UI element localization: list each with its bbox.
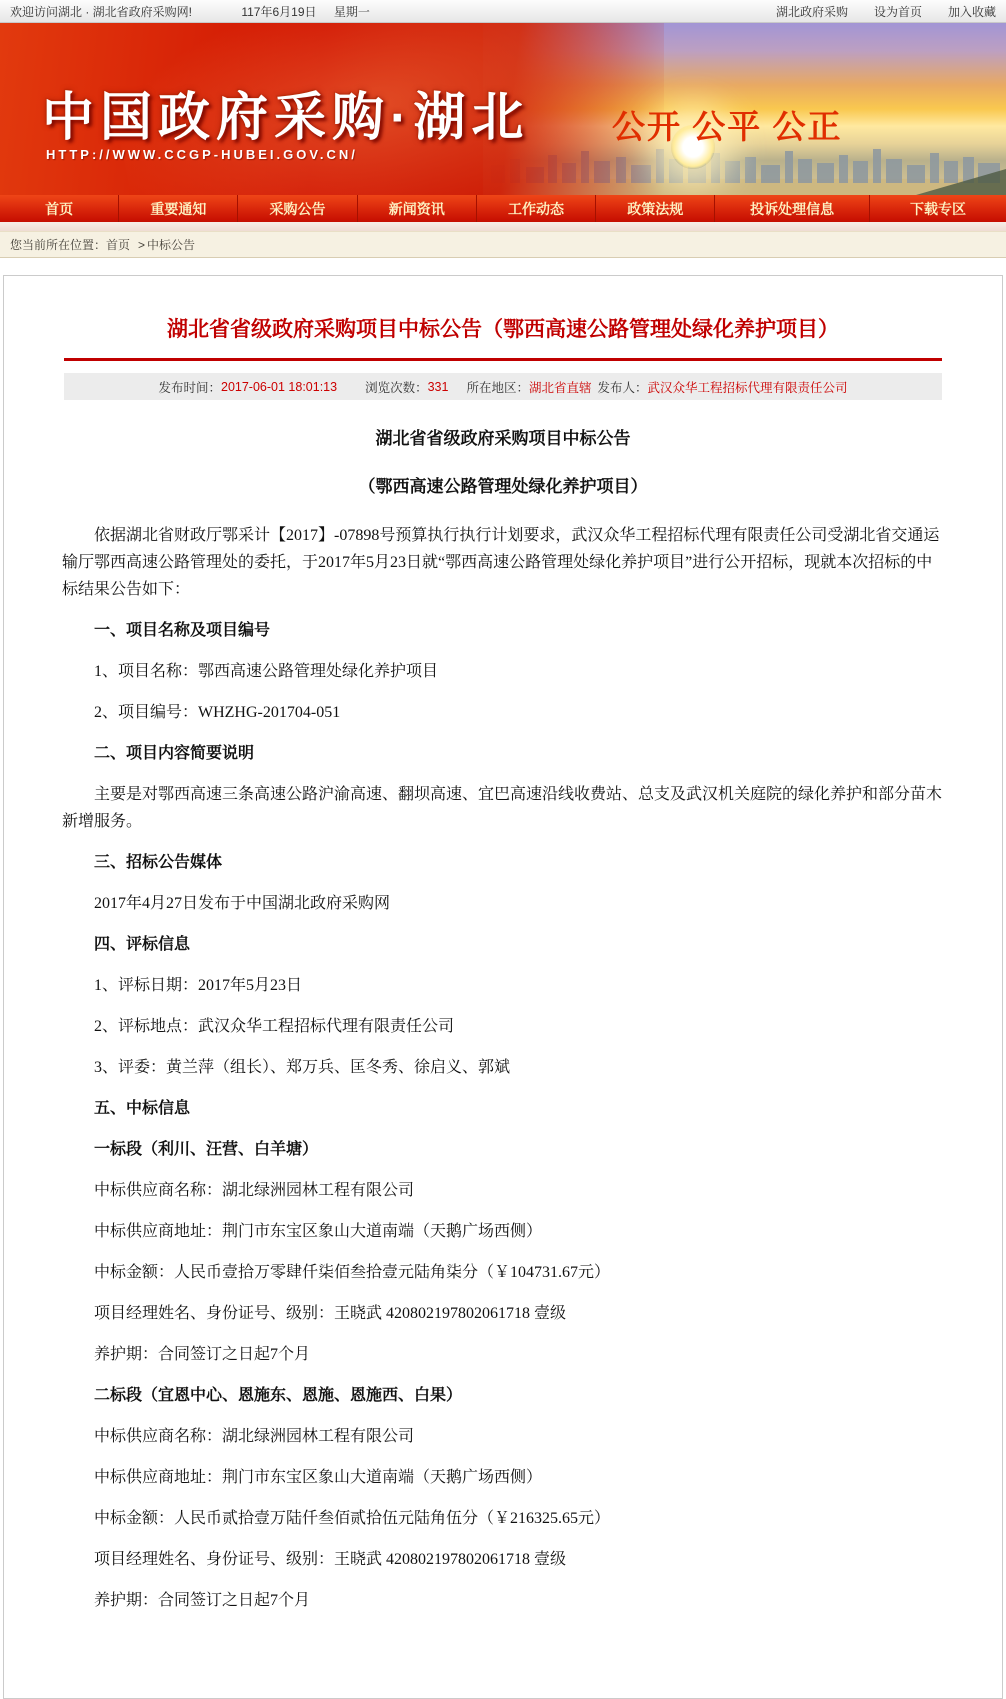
paragraph: 中标供应商地址：荆门市东宝区象山大道南端（天鹅广场西侧） xyxy=(62,1464,944,1491)
site-banner: 公开 公平 公正 中国政府采购·湖北 HTTP://WWW.CCGP-HUBEI… xyxy=(0,23,1006,195)
paragraph: 二标段（宜恩中心、恩施东、恩施、恩施西、白果） xyxy=(62,1382,944,1409)
publish-time-value: 2017-06-01 18:01:13 xyxy=(221,380,337,394)
article-meta-bar: 发布时间： 2017-06-01 18:01:13 浏览次数： 331 所在地区… xyxy=(64,373,942,400)
paragraph: （鄂西高速公路管理处绿化养护项目） xyxy=(62,474,944,500)
nav-item-5[interactable]: 工作动态 xyxy=(477,195,596,222)
topbar-left: 欢迎访问湖北 · 湖北省政府采购网! 117年6月19日 星期一 xyxy=(10,3,384,20)
nav-item-4[interactable]: 新闻资讯 xyxy=(358,195,477,222)
breadcrumb-home-link[interactable]: 首页 xyxy=(106,236,130,253)
nav-item-1[interactable]: 首页 xyxy=(0,195,119,222)
topbar: 欢迎访问湖北 · 湖北省政府采购网! 117年6月19日 星期一 湖北政府采购设… xyxy=(0,0,1006,23)
breadcrumb: 您当前所在位置： 首页 > 中标公告 xyxy=(0,231,1006,258)
paragraph: 中标供应商名称：湖北绿洲园林工程有限公司 xyxy=(62,1423,944,1450)
title-divider xyxy=(64,358,942,361)
welcome-text: 欢迎访问湖北 · 湖北省政府采购网! xyxy=(10,5,192,19)
site-logo-url: HTTP://WWW.CCGP-HUBEI.GOV.CN/ xyxy=(46,147,358,162)
breadcrumb-label: 您当前所在位置： xyxy=(10,236,106,253)
paragraph: 中标金额：人民币壹拾万零肆仟柒佰叁拾壹元陆角柒分（￥104731.67元） xyxy=(62,1259,944,1286)
publisher-label: 发布人： xyxy=(597,378,647,396)
page-title: 湖北省省级政府采购项目中标公告（鄂西高速公路管理处绿化养护项目） xyxy=(4,276,1002,343)
paragraph: 中标供应商名称：湖北绿洲园林工程有限公司 xyxy=(62,1177,944,1204)
nav-item-2[interactable]: 重要通知 xyxy=(119,195,238,222)
paragraph: 四、评标信息 xyxy=(62,931,944,958)
paragraph: 2、项目编号：WHZHG-201704-051 xyxy=(62,699,944,726)
publisher-value: 武汉众华工程招标代理有限责任公司 xyxy=(648,378,848,396)
paragraph: 五、中标信息 xyxy=(62,1095,944,1122)
paragraph: 2017年4月27日发布于中国湖北政府采购网 xyxy=(62,890,944,917)
paragraph: 养护期：合同签订之日起7个月 xyxy=(62,1587,944,1614)
topbar-weekday: 星期一 xyxy=(334,5,370,19)
publish-time-label: 发布时间： xyxy=(158,378,221,396)
paragraph: 中标金额：人民币贰拾壹万陆仟叁佰贰拾伍元陆角伍分（￥216325.65元） xyxy=(62,1505,944,1532)
nav-item-6[interactable]: 政策法规 xyxy=(596,195,715,222)
paragraph: 湖北省省级政府采购项目中标公告 xyxy=(62,426,944,452)
paragraph: 一标段（利川、汪营、白羊塘） xyxy=(62,1136,944,1163)
views-label: 浏览次数： xyxy=(365,378,428,396)
region-value: 湖北省直辖 xyxy=(529,378,592,396)
paragraph: 养护期：合同签订之日起7个月 xyxy=(62,1341,944,1368)
breadcrumb-current: 中标公告 xyxy=(147,236,195,253)
nav-item-3[interactable]: 采购公告 xyxy=(238,195,357,222)
main-nav: 首页重要通知采购公告新闻资讯工作动态政策法规投诉处理信息下载专区 xyxy=(0,195,1006,222)
paragraph: 项目经理姓名、身份证号、级别：王晓武 420802197802061718 壹级 xyxy=(62,1300,944,1327)
paragraph: 1、项目名称：鄂西高速公路管理处绿化养护项目 xyxy=(62,658,944,685)
banner-slogan: 公开 公平 公正 xyxy=(612,101,843,148)
topbar-link-2[interactable]: 设为首页 xyxy=(874,5,922,19)
topbar-links: 湖北政府采购设为首页加入收藏 xyxy=(750,3,996,20)
paragraph: 中标供应商地址：荆门市东宝区象山大道南端（天鹅广场西侧） xyxy=(62,1218,944,1245)
content-box: 湖北省省级政府采购项目中标公告（鄂西高速公路管理处绿化养护项目） 发布时间： 2… xyxy=(3,275,1003,1699)
article-body: 湖北省省级政府采购项目中标公告（鄂西高速公路管理处绿化养护项目）依据湖北省财政厅… xyxy=(4,400,1002,1614)
site-logo-title: 中国政府采购·湖北 xyxy=(42,75,529,150)
topbar-link-1[interactable]: 湖北政府采购 xyxy=(776,5,848,19)
paragraph: 依据湖北省财政厅鄂采计【2017】-07898号预算执行执行计划要求，武汉众华工… xyxy=(62,522,944,603)
breadcrumb-separator: > xyxy=(138,238,145,252)
nav-substrip xyxy=(0,222,1006,231)
topbar-date: 117年6月19日 xyxy=(241,5,316,19)
paragraph: 项目经理姓名、身份证号、级别：王晓武 420802197802061718 壹级 xyxy=(62,1546,944,1573)
paragraph: 三、招标公告媒体 xyxy=(62,849,944,876)
paragraph: 1、评标日期：2017年5月23日 xyxy=(62,972,944,999)
paragraph: 2、评标地点：武汉众华工程招标代理有限责任公司 xyxy=(62,1013,944,1040)
views-value: 331 xyxy=(428,380,449,394)
paragraph: 3、评委：黄兰萍（组长）、郑万兵、匡冬秀、徐启义、郭斌 xyxy=(62,1054,944,1081)
paragraph: 二、项目内容简要说明 xyxy=(62,740,944,767)
paragraph: 主要是对鄂西高速三条高速公路沪渝高速、翻坝高速、宜巴高速沿线收费站、总支及武汉机… xyxy=(62,781,944,835)
topbar-link-3[interactable]: 加入收藏 xyxy=(948,5,996,19)
nav-item-8[interactable]: 下载专区 xyxy=(870,195,1006,222)
nav-item-7[interactable]: 投诉处理信息 xyxy=(715,195,870,222)
paragraph: 一、项目名称及项目编号 xyxy=(62,617,944,644)
region-label: 所在地区： xyxy=(466,378,529,396)
